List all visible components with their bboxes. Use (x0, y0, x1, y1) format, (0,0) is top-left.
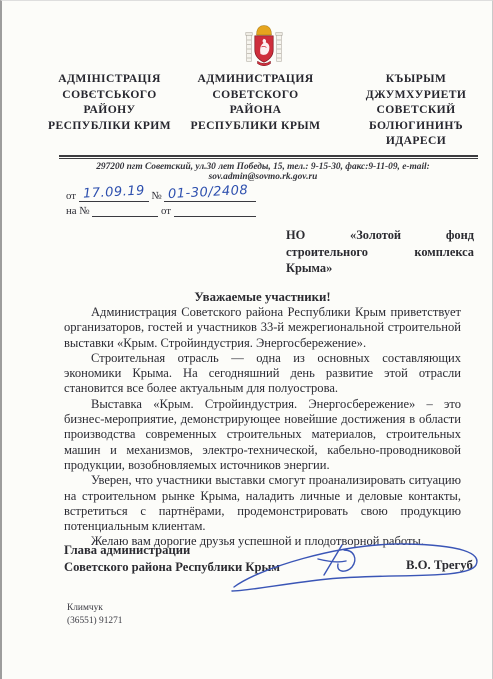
recipient-block: НО «Золотой фонд строительного комплекса… (286, 227, 474, 277)
letterhead-org-russian: АДМИНИСТРАЦИЯ СОВЕТСКОГО РАЙОНА РЕСПУБЛИ… (174, 71, 337, 133)
reference-block: от 17.09.19 № 01-30/2408 на № от (66, 189, 256, 219)
salutation: Уважаемые участники! (64, 290, 461, 305)
letter-body: Администрация Советского района Республи… (64, 305, 461, 550)
letterhead-org-ukrainian: АДМІНІСТРАЦІЯ СОВЄТСЬКОГО РАЙОНУ РЕСПУБЛ… (27, 71, 192, 133)
letterhead-divider (59, 155, 478, 159)
ref-from-label: от (66, 190, 76, 202)
paragraph-2: Строительная отрасль — одна из основных … (64, 351, 461, 397)
ref-number-blank: 01-30/2408 (164, 189, 256, 202)
reference-outgoing-line: от 17.09.19 № 01-30/2408 (66, 189, 256, 204)
reply-number-blank (92, 204, 158, 217)
paragraph-3: Выставка «Крым. Стройиндустрия. Энергосб… (64, 397, 461, 473)
handwritten-signature (228, 517, 493, 605)
paragraph-1: Администрация Советского района Республи… (64, 305, 461, 351)
handwritten-date: 17.09.19 (82, 183, 145, 201)
reference-reply-line: на № от (66, 204, 256, 219)
reply-from-label: от (161, 205, 171, 217)
scanned-letter-page: АДМІНІСТРАЦІЯ СОВЄТСЬКОГО РАЙОНУ РЕСПУБЛ… (0, 0, 493, 679)
reply-number-label: № (79, 205, 89, 217)
ref-date-blank: 17.09.19 (79, 189, 149, 202)
coat-of-arms-icon (245, 23, 283, 67)
executor-name: Климчук (67, 602, 122, 615)
ref-number-label: № (151, 190, 161, 202)
letterhead-address-line: 297200 пгт Советский, ул.30 лет Победы, … (42, 162, 484, 182)
reply-date-blank (174, 204, 256, 217)
reply-on-label: на (66, 205, 77, 217)
executor-block: Климчук (36551) 91271 (67, 602, 122, 628)
executor-phone: (36551) 91271 (67, 615, 122, 628)
handwritten-number: 01-30/2408 (168, 183, 249, 202)
letterhead-org-crimean-tatar: КЪЫРЫМ ДЖУМХУРИЕТИ СОВЕТСКИЙ БОЛЮГИНИНЪ … (340, 71, 492, 149)
